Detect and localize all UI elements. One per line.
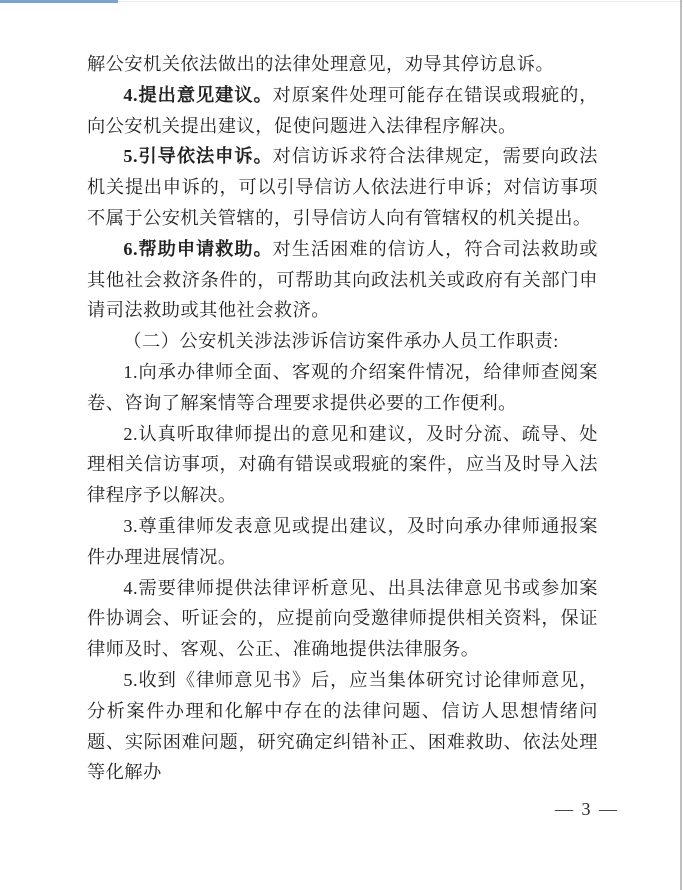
top-edge-blue-bar xyxy=(0,0,118,3)
paragraph-text: 5.收到《律师意见书》后，应当集体研究讨论律师意见，分析案件办理和化解中存在的法… xyxy=(87,670,598,782)
section-heading-2: （二）公安机关涉法涉诉信访案件承办人员工作职责: xyxy=(87,326,598,357)
paragraph-text: 2.认真听取律师提出的意见和建议，及时分流、疏导、处理相关信访事项，对确有错误或… xyxy=(87,424,598,506)
paragraph-duty-4: 4.需要律师提供法律评析意见、出具法律意见书或参加案件协调会、听证会的，应提前向… xyxy=(87,573,598,665)
paragraph-duty-1: 1.向承办律师全面、客观的介绍案件情况，给律师查阅案卷、咨询了解案情等合理要求提… xyxy=(87,357,598,419)
paragraph-lead: 6.帮助申请救助。 xyxy=(123,239,272,259)
scanned-document-page: 解公安机关依法做出的法律处理意见，劝导其停访息诉。 4.提出意见建议。对原案件处… xyxy=(0,0,683,890)
paragraph-text: 解公安机关依法做出的法律处理意见，劝导其停访息诉。 xyxy=(87,54,554,74)
paragraph-text: 3.尊重律师发表意见或提出建议，及时向承办律师通报案件办理进展情况。 xyxy=(87,516,598,567)
paragraph-continuation: 解公安机关依法做出的法律处理意见，劝导其停访息诉。 xyxy=(87,49,598,80)
paragraph-item-5: 5.引导依法申诉。对信访诉求符合法律规定，需要向政法机关提出申诉的，可以引导信访… xyxy=(87,141,598,233)
paragraph-item-6: 6.帮助申请救助。对生活困难的信访人，符合司法救助或其他社会救济条件的，可帮助其… xyxy=(87,234,598,326)
paragraph-text: 1.向承办律师全面、客观的介绍案件情况，给律师查阅案卷、咨询了解案情等合理要求提… xyxy=(87,362,598,413)
paragraph-duty-3: 3.尊重律师发表意见或提出建议，及时向承办律师通报案件办理进展情况。 xyxy=(87,511,598,573)
paragraph-lead: 4.提出意见建议。 xyxy=(123,85,272,105)
paragraph-text: 4.需要律师提供法律评析意见、出具法律意见书或参加案件协调会、听证会的，应提前向… xyxy=(87,578,598,660)
paragraph-duty-2: 2.认真听取律师提出的意见和建议，及时分流、疏导、处理相关信访事项，对确有错误或… xyxy=(87,419,598,511)
document-body: 解公安机关依法做出的法律处理意见，劝导其停访息诉。 4.提出意见建议。对原案件处… xyxy=(87,49,598,788)
page-number: — 3 — xyxy=(555,799,619,820)
right-edge-line xyxy=(680,0,682,890)
paragraph-lead: 5.引导依法申诉。 xyxy=(123,146,272,166)
paragraph-item-4: 4.提出意见建议。对原案件处理可能存在错误或瑕疵的，向公安机关提出建议，促使问题… xyxy=(87,80,598,142)
paragraph-text: （二）公安机关涉法涉诉信访案件承办人员工作职责: xyxy=(123,331,558,351)
paragraph-duty-5: 5.收到《律师意见书》后，应当集体研究讨论律师意见，分析案件办理和化解中存在的法… xyxy=(87,665,598,788)
